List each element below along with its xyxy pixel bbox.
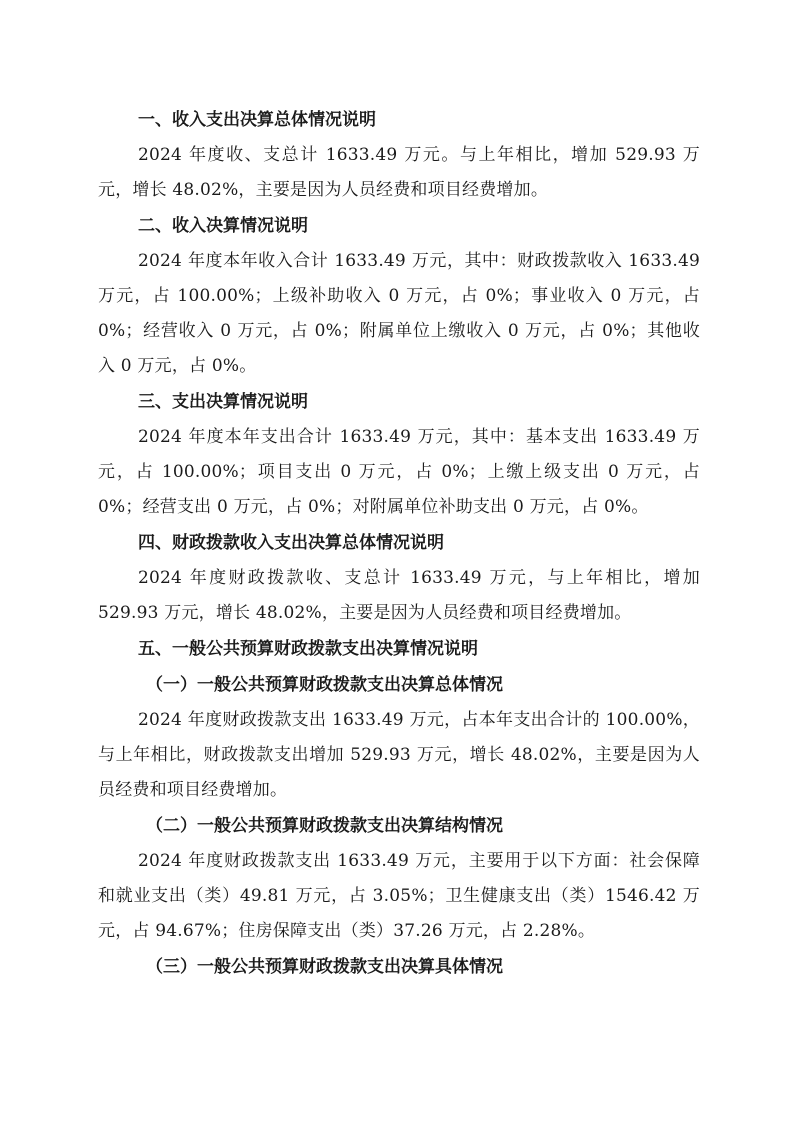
section-paragraph-4: 2024 年度财政拨款收、支总计 1633.49 万元，与上年相比，增加 529… <box>98 561 700 631</box>
section-heading-5: 五、一般公共预算财政拨款支出决算情况说明 <box>98 631 700 667</box>
section-heading-1: 一、收入支出决算总体情况说明 <box>98 102 700 138</box>
subsection-heading-3: （三）一般公共预算财政拨款支出决算具体情况 <box>98 949 700 985</box>
section-heading-2: 二、收入决算情况说明 <box>98 208 700 244</box>
document-page: 一、收入支出决算总体情况说明 2024 年度收、支总计 1633.49 万元。与… <box>98 102 700 985</box>
section-heading-4: 四、财政拨款收入支出决算总体情况说明 <box>98 525 700 561</box>
subsection-heading-1: （一）一般公共预算财政拨款支出决算总体情况 <box>98 667 700 703</box>
section-heading-3: 三、支出决算情况说明 <box>98 384 700 420</box>
subsection-heading-2: （二）一般公共预算财政拨款支出决算结构情况 <box>98 808 700 844</box>
subsection-paragraph-1: 2024 年度财政拨款支出 1633.49 万元，占本年支出合计的 100.00… <box>98 703 700 808</box>
section-paragraph-1: 2024 年度收、支总计 1633.49 万元。与上年相比，增加 529.93 … <box>98 138 700 208</box>
section-paragraph-3: 2024 年度本年支出合计 1633.49 万元，其中：基本支出 1633.49… <box>98 420 700 525</box>
section-paragraph-2: 2024 年度本年收入合计 1633.49 万元，其中：财政拨款收入 1633.… <box>98 244 700 384</box>
subsection-paragraph-2: 2024 年度财政拨款支出 1633.49 万元，主要用于以下方面：社会保障和就… <box>98 844 700 949</box>
